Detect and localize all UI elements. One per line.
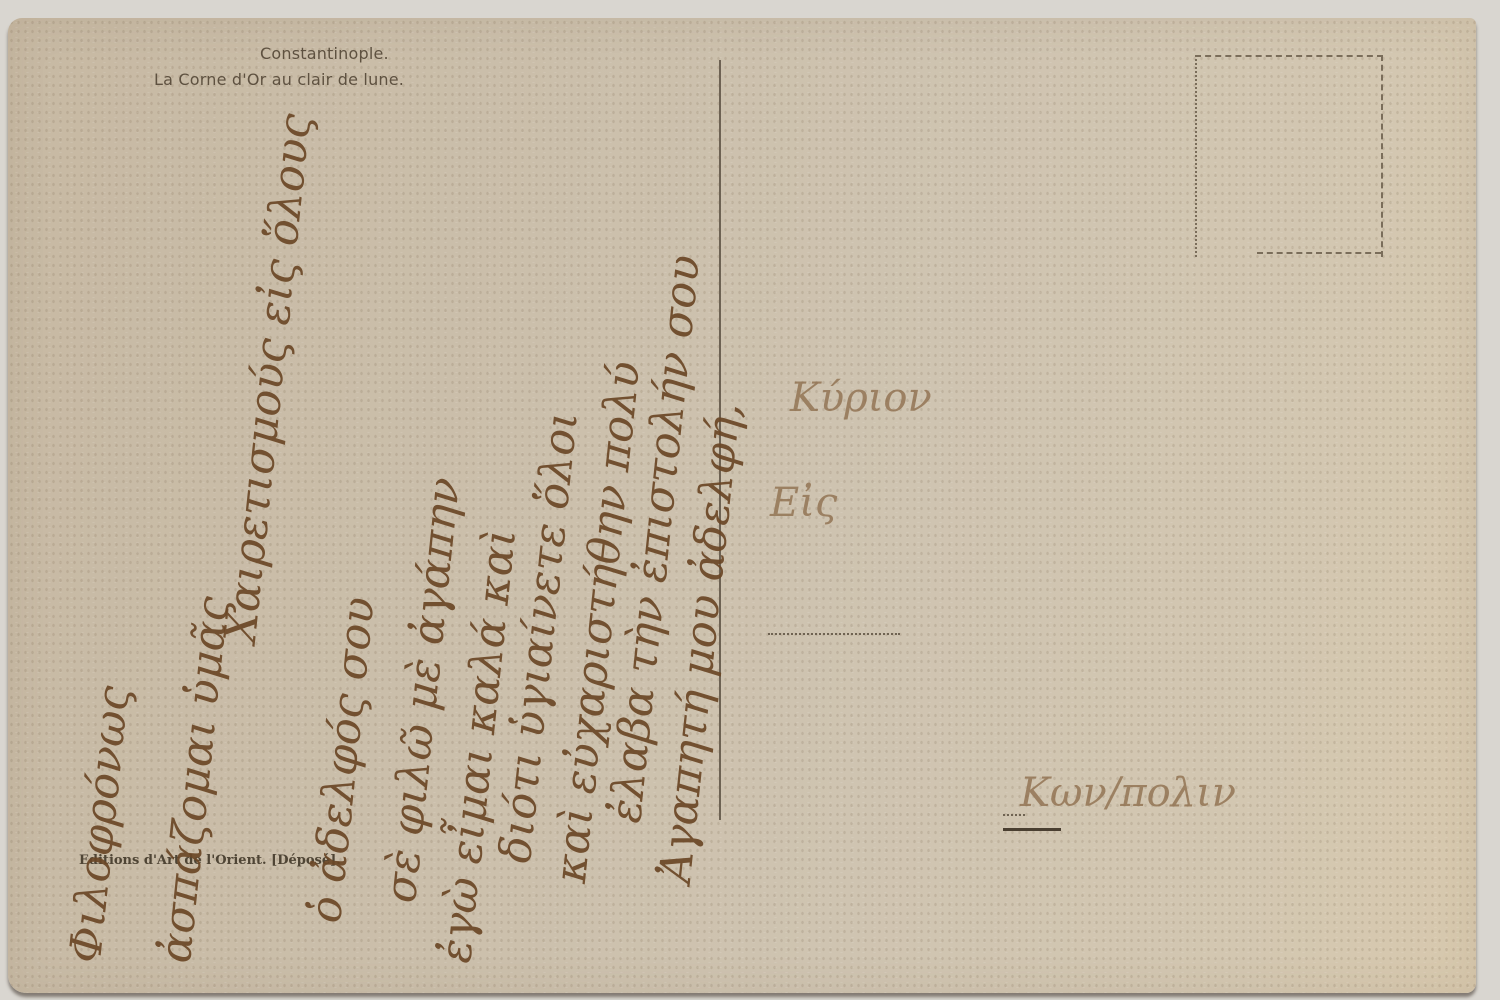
caption-subtitle: La Corne d'Or au clair de lune.: [154, 70, 404, 89]
address-handwriting: Εἰς: [770, 480, 837, 526]
address-line-3: [1003, 828, 1061, 831]
address-line-1: [768, 633, 900, 635]
stamp-box-bottom-edge: [1257, 252, 1381, 254]
address-handwriting: Κων/πολιν: [1020, 770, 1236, 816]
stamp-box: [1195, 55, 1383, 257]
address-handwriting: Κύριον: [790, 375, 932, 421]
caption-city: Constantinople.: [260, 44, 389, 63]
